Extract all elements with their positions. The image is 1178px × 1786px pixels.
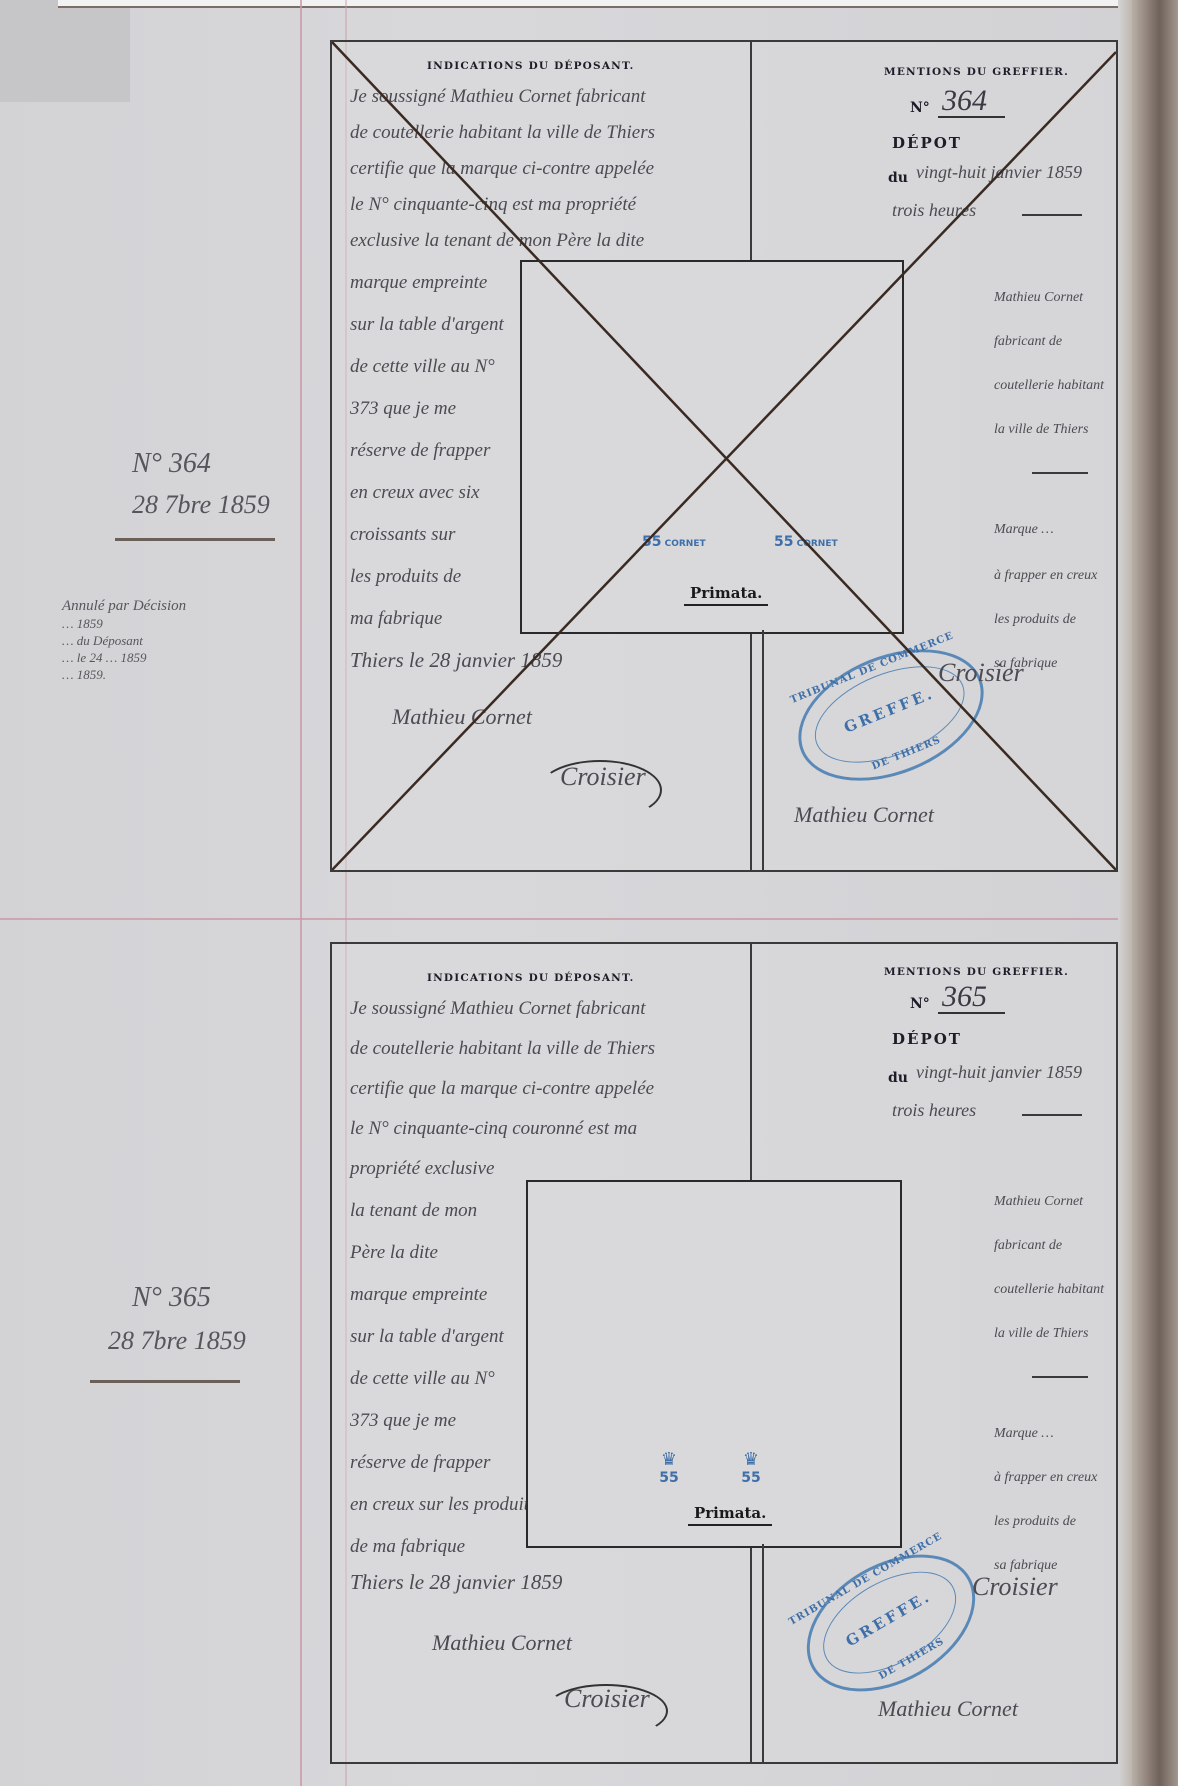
entry-separator-rule [0, 918, 1130, 920]
margin-underline [115, 538, 275, 541]
depositor-signature-right: Mathieu Cornet [878, 1696, 1018, 1722]
deposit-entry-364: INDICATIONS DU DÉPOSANT. MENTIONS DU GRE… [330, 40, 1118, 872]
margin-annotation: Annulé par Décision … 1859 … du Déposant… [62, 598, 292, 683]
deposit-entry-365: INDICATIONS DU DÉPOSANT. MENTIONS DU GRE… [330, 942, 1118, 1764]
signature-flourish [544, 1684, 668, 1738]
depot-label: DÉPOT [892, 1030, 962, 1048]
register-page: N° 364 28 7bre 1859 Annulé par Décision … [0, 0, 1140, 1786]
tribunal-stamp: TRIBUNAL DE COMMERCE GREFFE. DE THIERS [783, 1526, 1000, 1719]
deposit-number-label: N° [910, 996, 930, 1012]
page-edge [1118, 0, 1132, 1786]
crown-icon: ♛ [738, 1450, 764, 1468]
mark-label: Primata. [688, 1504, 772, 1526]
deposit-number: 365 [938, 982, 1005, 1014]
margin-underline [90, 1380, 240, 1383]
mark-impression-1: 55 [656, 1470, 682, 1486]
page-top-edge [58, 0, 1178, 8]
margin-rule [300, 0, 302, 1786]
crown-icon: ♛ [656, 1450, 682, 1468]
clerk-signature-right: Croisier [972, 1572, 1058, 1602]
margin-entry-number: N° 364 [132, 448, 211, 480]
trademark-impression-box: ♛ 55 ♛ 55 Primata. [526, 1180, 902, 1548]
clerk-header: MENTIONS DU GREFFIER. [884, 966, 1069, 978]
note-divider [1032, 1376, 1088, 1378]
depositor-header: INDICATIONS DU DÉPOSANT. [427, 972, 634, 984]
book-binding [1132, 0, 1178, 1786]
margin-entry-date: 28 7bre 1859 [108, 1326, 246, 1356]
column-divider-lower [762, 1544, 764, 1762]
place-date: Thiers le 28 janvier 1859 [350, 1570, 562, 1595]
du-label: du [888, 1070, 908, 1086]
scan-artifact [0, 0, 130, 102]
dash-line [1022, 1114, 1082, 1116]
depot-date: vingt-huit janvier 1859 [916, 1062, 1082, 1083]
mark-impression-2: 55 [738, 1470, 764, 1486]
margin-entry-number: N° 365 [132, 1282, 211, 1314]
margin-entry-date: 28 7bre 1859 [132, 490, 270, 520]
depositor-signature: Mathieu Cornet [432, 1630, 572, 1656]
cancellation-cross [332, 42, 1116, 870]
depot-hour: trois heures [892, 1100, 976, 1121]
